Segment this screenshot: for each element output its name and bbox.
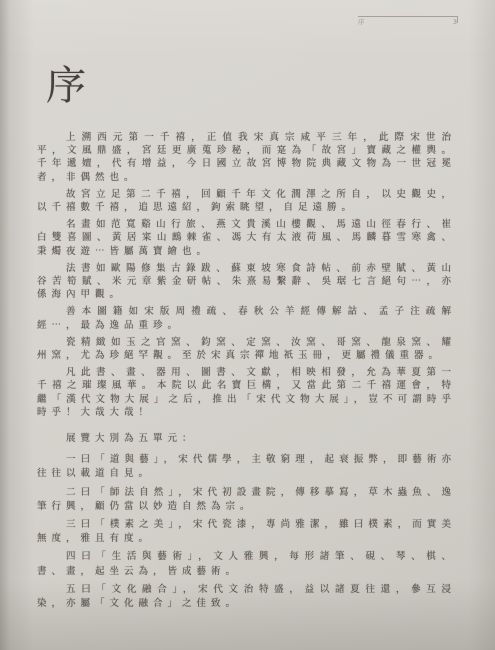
- unit-item: 四曰「生活與藝術」，文人雅興，每形諸筆、硯、琴、棋、書、畫，起坐云為，皆成藝術。: [37, 550, 456, 578]
- paragraph: 法書如歐陽修集古錄跋、蘇東坡寒食詩帖、前赤壁賦、黃山谷苦筍賦、米元章紫金研帖、朱…: [37, 262, 456, 302]
- unit-item: 五曰「文化融合」，宋代文治特盛，益以諸夏往還，參互浸染，亦屬「文化融合」之佳致。: [37, 583, 456, 611]
- book-page-photo: 序 3 序 上溯西元第一千禧，正值我宋真宗咸平三年，此際宋世治平，文風鼎盛，宮廷…: [0, 0, 495, 650]
- unit-item: 三曰「樸素之美」，宋代瓷漆，專尚雅潔，雖曰樸素，而實美無度，雅且有度。: [37, 518, 456, 546]
- chapter-title: 序: [46, 64, 86, 108]
- paragraph: 名畫如范寬谿山行旅、燕文貴溪山樓觀、馬遠山徑春行、崔白雙喜圖、黃居寀山鷓棘雀、馮…: [37, 218, 456, 258]
- paragraph: 善本圖籍如宋版周禮疏、春秋公羊經傳解詁、孟子注疏解經⋯，最為逸品重珍。: [37, 305, 456, 331]
- unit-item: 二曰「師法自然」，宋代初設畫院，傳移摹寫，草木蟲魚、逸筆行興，顧仍當以妙造自然為…: [37, 486, 456, 514]
- header-rule-tick: [457, 16, 458, 23]
- preface-text: 上溯西元第一千禧，正值我宋真宗咸平三年，此際宋世治平，文風鼎盛，宮廷更廣蒐珍秘，…: [37, 131, 456, 611]
- paragraph: 瓷精緻如玉之官窯、鈞窯、定窯、汝窯、哥窯、龍泉窯、耀州窯，尤為珍絕罕覯。至於宋真…: [37, 336, 456, 362]
- unit-item: 一曰「道與藝」，宋代儒學，主敬窮理，起衰振弊，即藝術亦往往以載道自見。: [37, 453, 456, 481]
- exhibit-units: 一曰「道與藝」，宋代儒學，主敬窮理，起衰振弊，即藝術亦往往以載道自見。 二曰「師…: [37, 453, 456, 611]
- paragraph: 故宮立足第二千禧，回顧千年文化潤澤之所自，以史觀史，以千禧數千禧，追思遠紹，鉤索…: [37, 188, 456, 214]
- paragraph: 凡此書、畫、器用、圖書、文獻，相映相發，允為華夏第一千禧之璀璨風華。本院以此名寶…: [37, 366, 456, 419]
- running-head: 序 3: [358, 16, 457, 26]
- paragraph: 上溯西元第一千禧，正值我宋真宗咸平三年，此際宋世治平，文風鼎盛，宮廷更廣蒐珍秘，…: [37, 131, 456, 184]
- header-section-label: 序: [358, 19, 365, 26]
- units-intro: 展覽大別為五單元：: [37, 432, 456, 445]
